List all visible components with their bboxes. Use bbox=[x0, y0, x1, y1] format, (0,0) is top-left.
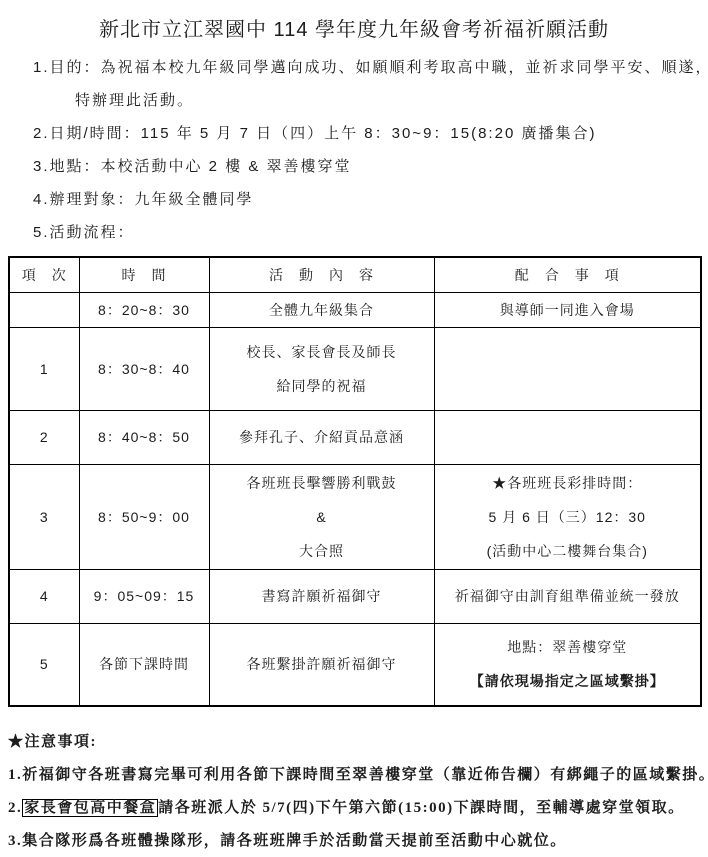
cell-time: 8：50~9：00 bbox=[79, 464, 209, 569]
cell-coordination: 地點：翠善樓穿堂 【請依現場指定之區域繫掛】 bbox=[434, 623, 701, 706]
table-row: 5 各節下課時間 各班繫掛許願祈福御守 地點：翠善樓穿堂 【請依現場指定之區域繫… bbox=[9, 623, 701, 706]
cell-time: 8：20~8：30 bbox=[79, 292, 209, 327]
cell-activity: 各班繫掛許願祈福御守 bbox=[209, 623, 434, 706]
cell-no: 2 bbox=[9, 410, 79, 464]
note-item-1: 1.祈福御守各班書寫完畢可利用各節下課時間至翠善樓穿堂（靠近佈告欄）有綁繩子的區… bbox=[8, 766, 708, 785]
notes-section: ★注意事項: 1.祈福御守各班書寫完畢可利用各節下課時間至翠善樓穿堂（靠近佈告欄… bbox=[8, 733, 708, 851]
location-line: 3.地點：本校活動中心 2 樓 & 翠善樓穿堂 bbox=[33, 157, 708, 177]
document-page: 新北市立江翠國中 114 學年度九年級會考祈福祈願活動 1.目的：為祝福本校九年… bbox=[0, 0, 708, 857]
note-item-3: 3.集合隊形爲各班體操隊形，請各班班牌手於活動當天提前至活動中心就位。 bbox=[8, 832, 708, 851]
table-row: 8：20~8：30 全體九年級集合 與導師一同進入會場 bbox=[9, 292, 701, 327]
table-row: 3 8：50~9：00 各班班長擊響勝利戰鼓 & 大合照 ★各班班長彩排時間： … bbox=[9, 464, 701, 569]
cell-time: 8：30~8：40 bbox=[79, 327, 209, 410]
cell-activity: 參拜孔子、介紹貢品意涵 bbox=[209, 410, 434, 464]
header-time: 時 間 bbox=[79, 257, 209, 292]
cell-time: 9：05~09：15 bbox=[79, 569, 209, 623]
note-item-2-boxed-text: 家長會包高中餐盒 bbox=[22, 799, 158, 817]
cell-coordination: 與導師一同進入會場 bbox=[434, 292, 701, 327]
table-row: 1 8：30~8：40 校長、家長會長及師長 給同學的祝福 bbox=[9, 327, 701, 410]
cell-coordination: 祈福御守由訓育組準備並統一發放 bbox=[434, 569, 701, 623]
cell-time: 8：40~8：50 bbox=[79, 410, 209, 464]
cell-time: 各節下課時間 bbox=[79, 623, 209, 706]
notes-heading: ★注意事項: bbox=[8, 733, 708, 752]
cell-coordination bbox=[434, 327, 701, 410]
cell-activity: 書寫許願祈福御守 bbox=[209, 569, 434, 623]
cell-no: 5 bbox=[9, 623, 79, 706]
activity-line: 大合照 bbox=[212, 534, 432, 568]
audience-line: 4.辦理對象：九年級全體同學 bbox=[33, 190, 708, 210]
schedule-table: 項 次 時 間 活 動 內 容 配 合 事 項 8：20~8：30 全體九年級集… bbox=[8, 256, 702, 707]
coordination-line: 【請依現場指定之區域繫掛】 bbox=[437, 664, 699, 698]
coordination-line: 地點：翠善樓穿堂 bbox=[437, 630, 699, 664]
activity-line: & bbox=[212, 500, 432, 534]
datetime-line: 2.日期/時間：115 年 5 月 7 日（四）上午 8：30~9：15(8:2… bbox=[33, 124, 708, 144]
cell-no bbox=[9, 292, 79, 327]
cell-activity: 各班班長擊響勝利戰鼓 & 大合照 bbox=[209, 464, 434, 569]
table-row: 2 8：40~8：50 參拜孔子、介紹貢品意涵 bbox=[9, 410, 701, 464]
activity-line: 各班班長擊響勝利戰鼓 bbox=[212, 466, 432, 500]
cell-coordination bbox=[434, 410, 701, 464]
cell-coordination: ★各班班長彩排時間： 5 月 6 日（三）12：30 (活動中心二樓舞台集合) bbox=[434, 464, 701, 569]
note-item-2-rest: 請各班派人於 5/7(四)下午第六節(15:00)下課時間，至輔導處穿堂領取。 bbox=[158, 800, 684, 816]
header-activity: 活 動 內 容 bbox=[209, 257, 434, 292]
coordination-line: 5 月 6 日（三）12：30 bbox=[437, 500, 699, 534]
purpose-line-continuation: 特辦理此活動。 bbox=[75, 91, 708, 111]
cell-no: 3 bbox=[9, 464, 79, 569]
cell-no: 1 bbox=[9, 327, 79, 410]
cell-no: 4 bbox=[9, 569, 79, 623]
table-row: 4 9：05~09：15 書寫許願祈福御守 祈福御守由訓育組準備並統一發放 bbox=[9, 569, 701, 623]
activity-line: 校長、家長會長及師長 bbox=[212, 335, 432, 369]
cell-activity: 校長、家長會長及師長 給同學的祝福 bbox=[209, 327, 434, 410]
note-item-2-number: 2. bbox=[8, 800, 22, 816]
purpose-line: 1.目的：為祝福本校九年級同學邁向成功、如願順利考取高中職，並祈求同學平安、順遂… bbox=[33, 58, 708, 78]
flow-label: 5.活動流程： bbox=[33, 223, 708, 243]
coordination-line: ★各班班長彩排時間： bbox=[437, 466, 699, 500]
header-item-no: 項 次 bbox=[9, 257, 79, 292]
page-title: 新北市立江翠國中 114 學年度九年級會考祈福祈願活動 bbox=[0, 0, 708, 42]
cell-activity: 全體九年級集合 bbox=[209, 292, 434, 327]
schedule-header-row: 項 次 時 間 活 動 內 容 配 合 事 項 bbox=[9, 257, 701, 292]
activity-line: 給同學的祝福 bbox=[212, 369, 432, 403]
note-item-2: 2.家長會包高中餐盒請各班派人於 5/7(四)下午第六節(15:00)下課時間，… bbox=[8, 799, 708, 818]
coordination-line: (活動中心二樓舞台集合) bbox=[437, 534, 699, 568]
header-coordination: 配 合 事 項 bbox=[434, 257, 701, 292]
intro-section: 1.目的：為祝福本校九年級同學邁向成功、如願順利考取高中職，並祈求同學平安、順遂… bbox=[33, 58, 708, 243]
